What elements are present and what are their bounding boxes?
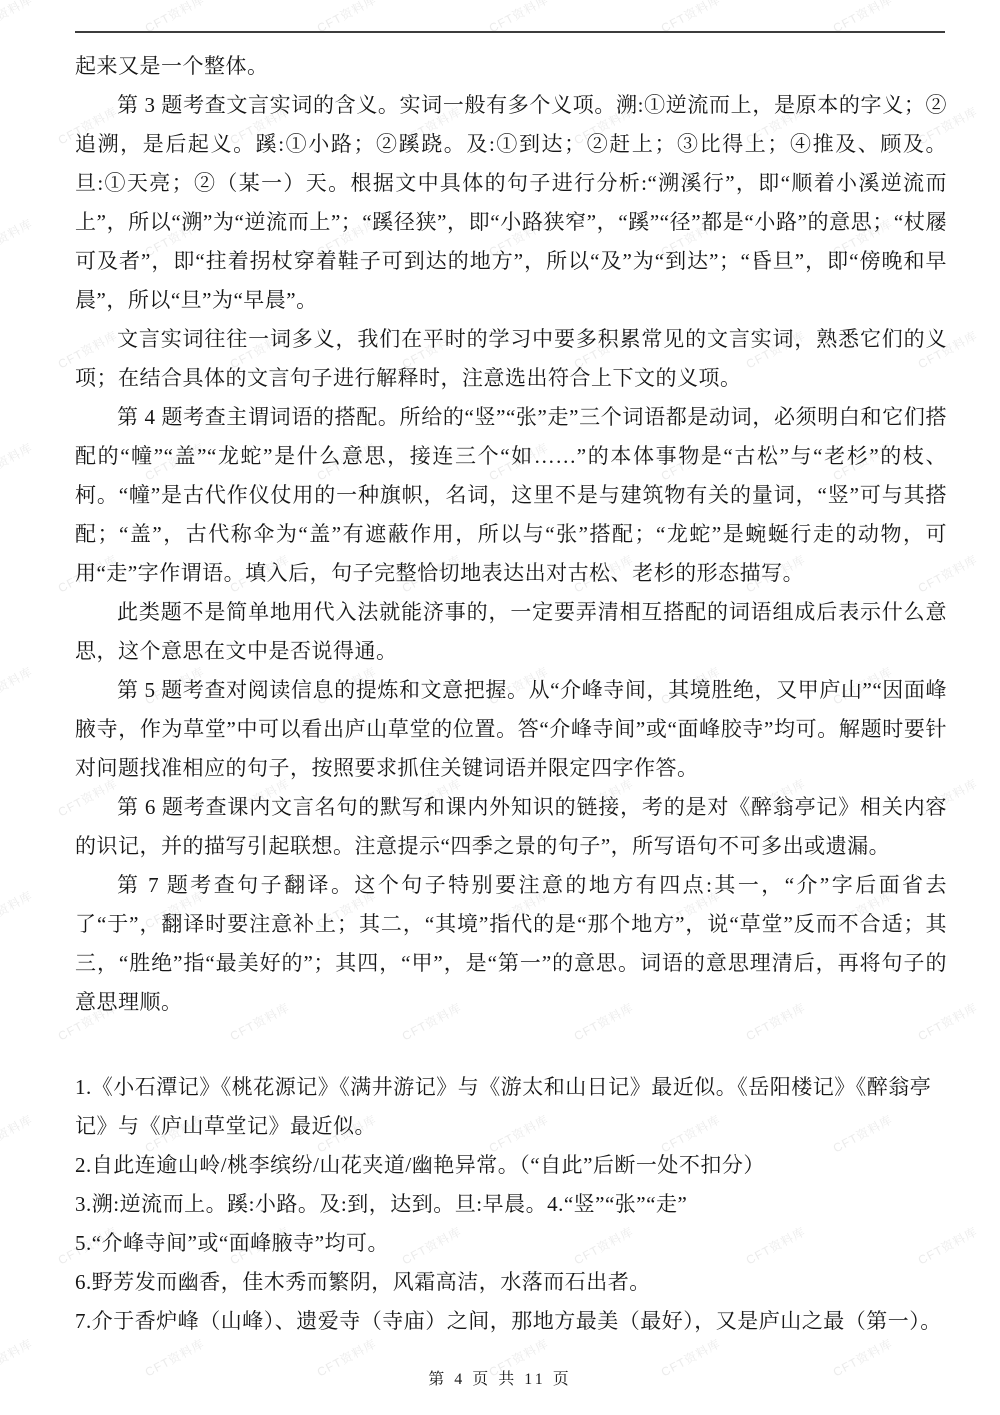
answer-item: 6.野芳发而幽香，佳木秀而繁阴，风霜高洁，水落而石出者。	[75, 1263, 947, 1302]
page-number-footer: 第 4 页 共 11 页	[0, 1366, 1000, 1389]
paragraph: 第 7 题考查句子翻译。这个句子特别要注意的地方有四点:其一，“介”字后面省去了…	[75, 866, 947, 1022]
answer-item: 3.溯:逆流而上。蹊:小路。及:到，达到。旦:早晨。4.“竖”“张”“走”	[75, 1185, 947, 1224]
paragraph: 第 5 题考查对阅读信息的提炼和文意把握。从“介峰寺间，其境胜绝，又甲庐山”“因…	[75, 671, 947, 788]
watermark-text: CFT资料库	[0, 0, 35, 36]
watermark-text: CFT资料库	[0, 663, 35, 709]
watermark-text: CFT资料库	[0, 1111, 35, 1157]
paragraph: 第 6 题考查课内文言名句的默写和课内外知识的链接，考的是对《醉翁亭记》相关内容…	[75, 788, 947, 866]
paragraph: 第 3 题考查文言实词的含义。实词一般有多个义项。溯:①逆流而上，是原本的字义；…	[75, 86, 947, 320]
watermark-text: CFT资料库	[0, 887, 35, 933]
paragraph: 第 4 题考查主谓词语的搭配。所给的“竖”“张”走”三个词语都是动词，必须明白和…	[75, 398, 947, 593]
answer-item: 2.自此连逾山岭/桃李缤纷/山花夹道/幽艳异常。（“自此”后断一处不扣分）	[75, 1146, 947, 1185]
paragraph: 此类题不是简单地用代入法就能济事的，一定要弄清相互搭配的词语组成后表示什么意思，…	[75, 593, 947, 671]
answer-key-list: 1.《小石潭记》《桃花源记》《满井游记》与《游太和山日记》最近似。《岳阳楼记》《…	[75, 1068, 947, 1341]
answer-item: 1.《小石潭记》《桃花源记》《满井游记》与《游太和山日记》最近似。《岳阳楼记》《…	[75, 1068, 947, 1146]
answer-item: 7.介于香炉峰（山峰）、遗爱寺（寺庙）之间，那地方最美（最好），又是庐山之最（第…	[75, 1302, 947, 1341]
answer-item: 5.“介峰寺间”或“面峰腋寺”均可。	[75, 1224, 947, 1263]
document-body: 起来又是一个整体。 第 3 题考查文言实词的含义。实词一般有多个义项。溯:①逆流…	[75, 47, 947, 1341]
watermark-text: CFT资料库	[0, 439, 35, 485]
paragraph: 文言实词往往一词多义，我们在平时的学习中要多积累常见的文言实词，熟悉它们的义项；…	[75, 320, 947, 398]
paragraph: 起来又是一个整体。	[75, 47, 947, 86]
page-top-rule	[75, 31, 945, 33]
watermark-text: CFT资料库	[0, 215, 35, 261]
